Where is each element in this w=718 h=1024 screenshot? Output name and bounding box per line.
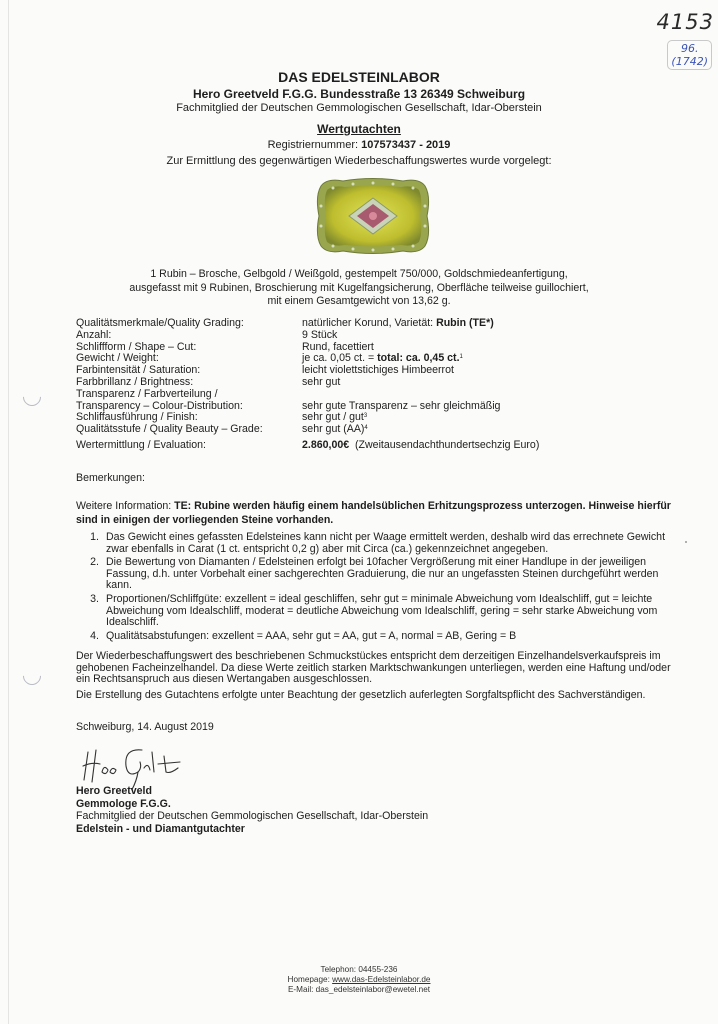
- quality-value-variety: Rubin (TE*): [436, 317, 494, 329]
- signature-image: [80, 742, 200, 790]
- page-edge: [8, 0, 9, 1024]
- grading-row-transparency-heading: Transparenz / Farbverteilung /: [76, 389, 676, 401]
- registration-number: 107573437 - 2019: [361, 139, 450, 151]
- footer-phone: Telephon: 04455-236: [0, 965, 718, 975]
- evaluation-amount: 2.860,00€: [302, 439, 349, 451]
- footer-homepage: Homepage: www.das-Edelsteinlabor.de: [0, 975, 718, 985]
- footnote-item: 3.Proportionen/Schliffgüte: exzellent = …: [76, 594, 676, 629]
- footnote-text: Proportionen/Schliffgüte: exzellent = id…: [106, 594, 676, 629]
- registration: Registriernummer: 107573437 - 2019: [0, 139, 718, 151]
- quality-value-prefix: natürlicher Korund, Varietät:: [302, 317, 436, 329]
- brightness-label: Farbbrillanz / Brightness:: [76, 377, 302, 389]
- footnote-number: 1.: [76, 532, 106, 555]
- homepage-link[interactable]: www.das-Edelsteinlabor.de: [332, 975, 430, 984]
- handwritten-note-line1: 96.: [671, 42, 708, 55]
- punch-hole-bottom: [19, 663, 44, 688]
- signer-block: Hero Greetveld Gemmologe F.G.G. Fachmitg…: [76, 785, 428, 835]
- grading-row-grade: Qualitätsstufe / Quality Beauty – Grade:…: [76, 424, 676, 436]
- handwritten-note: 96. (1742): [667, 40, 712, 70]
- brooch-photo: [313, 176, 433, 256]
- description-line2: ausgefasst mit 9 Rubinen, Broschierung m…: [60, 282, 658, 296]
- footnotes-list: 1.Das Gewicht eines gefassten Edelsteine…: [76, 532, 676, 644]
- item-description: 1 Rubin – Brosche, Gelbgold / Weißgold, …: [0, 268, 718, 309]
- replacement-value-paragraph: Der Wiederbeschaffungswert des beschrieb…: [76, 651, 676, 686]
- lab-name: DAS EDELSTEINLABOR: [0, 69, 718, 85]
- signer-role: Edelstein - und Diamantgutachter: [76, 823, 245, 835]
- count-label: Anzahl:: [76, 330, 302, 342]
- signer-membership: Fachmitglied der Deutschen Gemmologische…: [76, 810, 428, 823]
- footnote-text: Qualitätsabstufungen: exzellent = AAA, s…: [106, 631, 676, 643]
- handwritten-note-line2: (1742): [671, 55, 708, 68]
- handwritten-number: 4153: [657, 10, 714, 34]
- saturation-value: leicht violettstichiges Himbeerrot: [302, 365, 676, 377]
- grade-value-text: sehr gut (AA): [302, 423, 364, 435]
- transparency-label-line1: Transparenz / Farbverteilung /: [76, 389, 302, 401]
- lab-membership: Fachmitglied der Deutschen Gemmologische…: [0, 102, 718, 114]
- grading-row-quality: Qualitätsmerkmale/Quality Grading: natür…: [76, 318, 676, 330]
- place-date: Schweiburg, 14. August 2019: [76, 721, 214, 733]
- footnote-item: 2.Die Bewertung von Diamanten / Edelstei…: [76, 557, 676, 592]
- homepage-label: Homepage:: [288, 975, 333, 984]
- grade-label: Qualitätsstufe / Quality Beauty – Grade:: [76, 424, 302, 436]
- evaluation-label: Wertermittlung / Evaluation:: [76, 440, 302, 452]
- signer-title: Gemmologe F.G.G.: [76, 798, 171, 810]
- remarks-label: Bemerkungen:: [76, 472, 145, 484]
- scan-speck: [685, 541, 687, 543]
- further-information: Weitere Information: TE: Rubine werden h…: [76, 499, 676, 527]
- description-line3: mit einem Gesamtgewicht von 13,62 g.: [60, 295, 658, 309]
- grading-table: Qualitätsmerkmale/Quality Grading: natür…: [76, 318, 676, 452]
- footer: Telephon: 04455-236 Homepage: www.das-Ed…: [0, 965, 718, 995]
- footnote-number: 3.: [76, 594, 106, 629]
- weight-value-total: total: ca. 0,45 ct.: [377, 352, 459, 364]
- weight-value-prefix: je ca. 0,05 ct. =: [302, 352, 377, 364]
- grading-row-brightness: Farbbrillanz / Brightness: sehr gut: [76, 377, 676, 389]
- brightness-value: sehr gut: [302, 377, 676, 389]
- footer-email: E-Mail: das_edelsteinlabor@ewetel.net: [0, 985, 718, 995]
- evaluation-value: 2.860,00€ (Zweitausendachthundertsechzig…: [302, 440, 676, 452]
- finish-footnote: 3: [364, 413, 367, 419]
- footnote-number: 4.: [76, 631, 106, 643]
- count-value: 9 Stück: [302, 330, 676, 342]
- footnote-text: Die Bewertung von Diamanten / Edelsteine…: [106, 557, 676, 592]
- footnote-item: 1.Das Gewicht eines gefassten Edelsteine…: [76, 532, 676, 555]
- description-line1: 1 Rubin – Brosche, Gelbgold / Weißgold, …: [60, 268, 658, 282]
- punch-hole-top: [19, 384, 44, 409]
- signer-name: Hero Greetveld: [76, 785, 152, 797]
- document-title: Wertgutachten: [0, 122, 718, 136]
- footnote-text: Das Gewicht eines gefassten Edelsteines …: [106, 532, 676, 555]
- grading-row-evaluation: Wertermittlung / Evaluation: 2.860,00€ (…: [76, 440, 676, 452]
- weight-footnote: 1: [460, 354, 463, 360]
- lab-address: Hero Greetveld F.G.G. Bundesstraße 13 26…: [0, 87, 718, 101]
- evaluation-words: (Zweitausendachthundertsechzig Euro): [355, 439, 539, 451]
- finish-value-text: sehr gut / gut: [302, 411, 364, 423]
- intro-text: Zur Ermittlung des gegenwärtigen Wiederb…: [0, 155, 718, 167]
- grade-value: sehr gut (AA)4: [302, 424, 676, 436]
- further-information-prefix: Weitere Information:: [76, 500, 174, 512]
- footnote-item: 4.Qualitätsabstufungen: exzellent = AAA,…: [76, 631, 676, 643]
- diligence-paragraph: Die Erstellung des Gutachtens erfolgte u…: [76, 690, 676, 702]
- footnote-number: 2.: [76, 557, 106, 592]
- grading-row-count: Anzahl: 9 Stück: [76, 330, 676, 342]
- registration-label: Registriernummer:: [268, 139, 358, 151]
- grade-footnote: 4: [364, 425, 367, 431]
- quality-value: natürlicher Korund, Varietät: Rubin (TE*…: [302, 318, 676, 330]
